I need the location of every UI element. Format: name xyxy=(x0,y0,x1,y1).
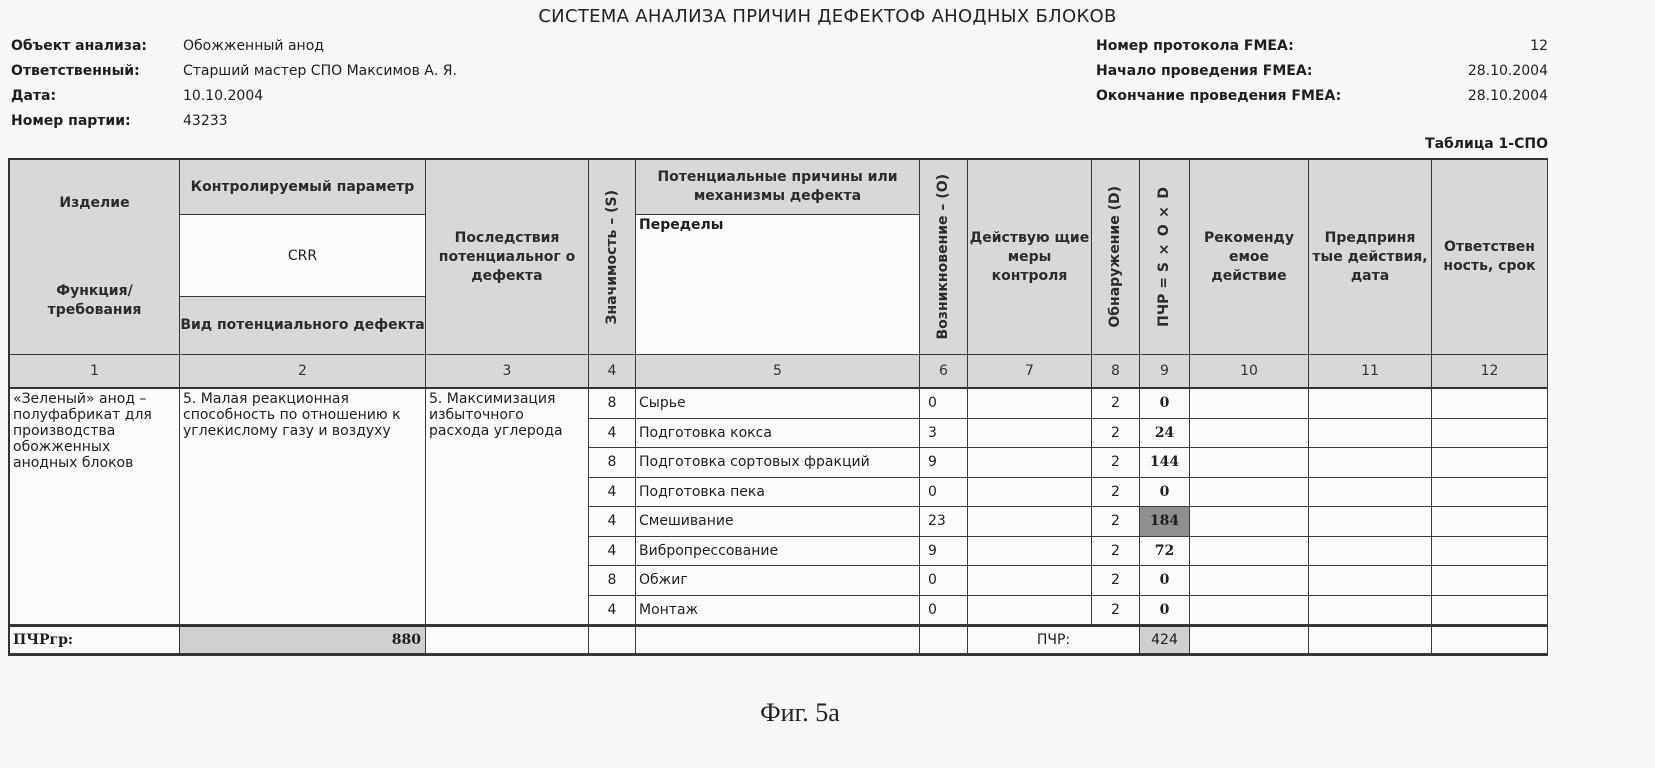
severity-value: 8 xyxy=(589,389,636,419)
detection-value: 2 xyxy=(1092,537,1140,567)
product-description: «Зеленый» анод – полуфабрикат для произв… xyxy=(10,389,180,625)
column-number-text: 6 xyxy=(939,363,948,379)
cause-stage-text: Сырье xyxy=(639,395,686,411)
meta-label: Ответственный: xyxy=(11,59,183,84)
meta-end: Окончание проведения FMEA:28.10.2004 xyxy=(1096,84,1548,109)
taken-action[interactable] xyxy=(1309,389,1432,419)
detection-value: 2 xyxy=(1092,596,1140,626)
control-measure xyxy=(968,448,1092,478)
rpn-total-value: 424 xyxy=(1140,625,1190,654)
occurrence-value-text: 0 xyxy=(928,572,937,588)
meta-label: Объект анализа: xyxy=(11,34,183,59)
recommended-action[interactable] xyxy=(1190,448,1309,478)
detection-value-text: 2 xyxy=(1111,454,1120,470)
recommended-action[interactable] xyxy=(1190,566,1309,596)
total-empty xyxy=(1432,625,1548,654)
group-rpn-value: 880 xyxy=(180,625,426,654)
rpn-total-label: ПЧР: xyxy=(968,625,1140,654)
cause-stage-text: Обжиг xyxy=(639,572,688,588)
fmea-table: ИзделиеФункция/ требованияКонтролируемый… xyxy=(8,158,1548,656)
occurrence-value: 0 xyxy=(920,389,968,419)
header-taken-text: Предприня тые действия, дата xyxy=(1309,229,1431,286)
rpn-value: 184 xyxy=(1140,507,1190,537)
responsibility[interactable] xyxy=(1432,448,1548,478)
severity-value-text: 4 xyxy=(608,543,617,559)
rpn-value: 24 xyxy=(1140,419,1190,449)
header-stages-text: Переделы xyxy=(639,217,723,233)
occurrence-value-text: 0 xyxy=(928,395,937,411)
recommended-action[interactable] xyxy=(1190,478,1309,508)
total-empty xyxy=(1309,625,1432,654)
rpn-value-text: 0 xyxy=(1160,572,1170,588)
meta-left: Объект анализа:Обожженный анод Ответстве… xyxy=(11,34,457,134)
cause-stage-text: Смешивание xyxy=(639,513,734,529)
header-causes-text: Потенциальные причины или механизмы дефе… xyxy=(636,168,919,206)
rpn-value-text: 0 xyxy=(1160,484,1170,500)
taken-action[interactable] xyxy=(1309,507,1432,537)
column-number: 7 xyxy=(968,355,1092,389)
occurrence-value: 9 xyxy=(920,448,968,478)
header-product: ИзделиеФункция/ требования xyxy=(10,160,180,355)
rpn-value-text: 24 xyxy=(1155,425,1174,441)
recommended-action[interactable] xyxy=(1190,419,1309,449)
column-number-text: 3 xyxy=(503,363,512,379)
detection-value-text: 2 xyxy=(1111,395,1120,411)
cause-stage-text: Вибропрессование xyxy=(639,543,778,559)
rpn-value: 0 xyxy=(1140,566,1190,596)
taken-action[interactable] xyxy=(1309,566,1432,596)
header-function-label: Функция/ требования xyxy=(10,282,179,320)
total-empty xyxy=(589,625,636,654)
total-empty xyxy=(1190,625,1309,654)
severity-value-text: 4 xyxy=(608,425,617,441)
occurrence-value: 0 xyxy=(920,596,968,626)
control-measure xyxy=(968,389,1092,419)
detection-value-text: 2 xyxy=(1111,484,1120,500)
cause-stage: Подготовка кокса xyxy=(636,419,920,449)
header-consequences-text: Последствия потенциальног о дефекта xyxy=(426,229,588,286)
detection-value-text: 2 xyxy=(1111,602,1120,618)
column-number: 2 xyxy=(180,355,426,389)
header-rpn-text: ПЧР = S × O × D xyxy=(1155,187,1174,327)
responsibility[interactable] xyxy=(1432,507,1548,537)
detection-value: 2 xyxy=(1092,566,1140,596)
cause-stage: Обжиг xyxy=(636,566,920,596)
header-param-value: CRR xyxy=(180,215,426,297)
header-responsibility-text: Ответствен ность, срок xyxy=(1432,238,1547,276)
control-measure xyxy=(968,537,1092,567)
column-number: 1 xyxy=(10,355,180,389)
occurrence-value: 23 xyxy=(920,507,968,537)
responsibility[interactable] xyxy=(1432,537,1548,567)
detection-value-text: 2 xyxy=(1111,425,1120,441)
column-number-text: 1 xyxy=(90,363,99,379)
rpn-total-label-text: ПЧР: xyxy=(1037,632,1070,648)
severity-value-text: 4 xyxy=(608,513,617,529)
meta-value: 43233 xyxy=(183,109,228,134)
meta-value: Обожженный анод xyxy=(183,34,324,59)
meta-label: Номер партии: xyxy=(11,109,183,134)
rpn-value: 144 xyxy=(1140,448,1190,478)
rpn-value-text: 0 xyxy=(1160,602,1170,618)
header-severity: Значимость – (S) xyxy=(589,160,636,355)
control-measure xyxy=(968,419,1092,449)
severity-value: 8 xyxy=(589,566,636,596)
header-controls-text: Действую щие меры контроля xyxy=(968,229,1091,286)
group-rpn-value-text: 880 xyxy=(392,632,421,648)
column-number: 5 xyxy=(636,355,920,389)
header-controlled-param-text: Контролируемый параметр xyxy=(191,178,415,197)
meta-value: 28.10.2004 xyxy=(1468,59,1548,84)
severity-value-text: 4 xyxy=(608,484,617,500)
header-taken: Предприня тые действия, дата xyxy=(1309,160,1432,355)
rpn-total-value-text: 424 xyxy=(1151,632,1178,648)
detection-value: 2 xyxy=(1092,419,1140,449)
control-measure xyxy=(968,507,1092,537)
cause-stage: Сырье xyxy=(636,389,920,419)
column-number-text: 8 xyxy=(1111,363,1120,379)
cause-stage: Монтаж xyxy=(636,596,920,626)
recommended-action[interactable] xyxy=(1190,389,1309,419)
occurrence-value: 9 xyxy=(920,537,968,567)
cause-stage-text: Подготовка кокса xyxy=(639,425,772,441)
total-empty xyxy=(636,625,920,654)
cause-stage: Смешивание xyxy=(636,507,920,537)
meta-start: Начало проведения FMEA:28.10.2004 xyxy=(1096,59,1548,84)
column-number: 3 xyxy=(426,355,589,389)
taken-action[interactable] xyxy=(1309,478,1432,508)
column-number-text: 4 xyxy=(608,363,617,379)
meta-responsible: Ответственный:Старший мастер СПО Максимо… xyxy=(11,59,457,84)
column-number-text: 2 xyxy=(298,363,307,379)
responsibility[interactable] xyxy=(1432,419,1548,449)
consequence-description-text: 5. Максимизация избыточного расхода угле… xyxy=(429,391,588,439)
cause-stage: Подготовка сортовых фракций xyxy=(636,448,920,478)
responsibility[interactable] xyxy=(1432,389,1548,419)
meta-label: Окончание проведения FMEA: xyxy=(1096,84,1341,109)
cause-stage: Вибропрессование xyxy=(636,537,920,567)
occurrence-value: 0 xyxy=(920,566,968,596)
column-number: 6 xyxy=(920,355,968,389)
header-recommended-text: Рекоменду емое действие xyxy=(1190,229,1308,286)
rpn-value-text: 0 xyxy=(1160,395,1170,411)
column-number-text: 11 xyxy=(1361,363,1379,379)
column-number: 9 xyxy=(1140,355,1190,389)
occurrence-value-text: 9 xyxy=(928,454,937,470)
meta-protocol: Номер протокола FMEA:12 xyxy=(1096,34,1548,59)
severity-value: 4 xyxy=(589,478,636,508)
total-empty xyxy=(426,625,589,654)
rpn-value-text: 72 xyxy=(1155,543,1174,559)
detection-value-text: 2 xyxy=(1111,513,1120,529)
severity-value-text: 8 xyxy=(608,454,617,470)
column-number-text: 5 xyxy=(773,363,782,379)
taken-action[interactable] xyxy=(1309,596,1432,626)
meta-label: Дата: xyxy=(11,84,183,109)
taken-action[interactable] xyxy=(1309,537,1432,567)
meta-date: Дата:10.10.2004 xyxy=(11,84,457,109)
severity-value-text: 8 xyxy=(608,572,617,588)
column-number-text: 12 xyxy=(1481,363,1499,379)
column-number-text: 9 xyxy=(1160,363,1169,379)
rpn-value: 72 xyxy=(1140,537,1190,567)
header-controlled-param: Контролируемый параметр xyxy=(180,160,426,215)
occurrence-value-text: 23 xyxy=(928,513,946,529)
occurrence-value: 0 xyxy=(920,478,968,508)
rpn-value: 0 xyxy=(1140,596,1190,626)
figure-caption: Фиг. 5а xyxy=(0,698,1600,728)
header-detection-text: Обнаружение (D) xyxy=(1106,186,1125,328)
detection-value: 2 xyxy=(1092,507,1140,537)
header-defect-type: Вид потенциального дефекта xyxy=(180,297,426,355)
recommended-action[interactable] xyxy=(1190,507,1309,537)
header-responsibility: Ответствен ность, срок xyxy=(1432,160,1548,355)
header-recommended: Рекоменду емое действие xyxy=(1190,160,1309,355)
header-occurrence-text: Возникновение – (O) xyxy=(934,174,953,339)
product-description-text: «Зеленый» анод – полуфабрикат для произв… xyxy=(13,391,179,471)
occurrence-value-text: 3 xyxy=(928,425,937,441)
control-measure xyxy=(968,566,1092,596)
taken-action[interactable] xyxy=(1309,448,1432,478)
column-number-text: 7 xyxy=(1025,363,1034,379)
cause-stage-text: Подготовка пека xyxy=(639,484,765,500)
cause-stage: Подготовка пека xyxy=(636,478,920,508)
meta-label: Начало проведения FMEA: xyxy=(1096,59,1313,84)
control-measure xyxy=(968,478,1092,508)
defect-description-text: 5. Малая реакционная способность по отно… xyxy=(183,391,425,439)
cause-stage-text: Монтаж xyxy=(639,602,698,618)
column-number: 12 xyxy=(1432,355,1548,389)
meta-value: 12 xyxy=(1530,34,1548,59)
meta-batch: Номер партии:43233 xyxy=(11,109,457,134)
header-occurrence: Возникновение – (O) xyxy=(920,160,968,355)
responsibility[interactable] xyxy=(1432,596,1548,626)
header-causes: Потенциальные причины или механизмы дефе… xyxy=(636,160,920,215)
header-stages: Переделы xyxy=(636,215,920,355)
table-caption: Таблица 1-СПО xyxy=(1425,136,1548,152)
column-number: 8 xyxy=(1092,355,1140,389)
rpn-value: 0 xyxy=(1140,389,1190,419)
header-severity-text: Значимость – (S) xyxy=(603,190,622,324)
group-rpn-label-text: ПЧРгр: xyxy=(13,632,73,648)
cause-stage-text: Подготовка сортовых фракций xyxy=(639,454,870,470)
responsibility[interactable] xyxy=(1432,478,1548,508)
header-controls: Действую щие меры контроля xyxy=(968,160,1092,355)
rpn-value-text: 184 xyxy=(1150,513,1179,529)
meta-value: 28.10.2004 xyxy=(1468,84,1548,109)
rpn-value-text: 144 xyxy=(1150,454,1179,470)
occurrence-value-text: 0 xyxy=(928,602,937,618)
header-product-label: Изделие xyxy=(59,194,129,213)
detection-value-text: 2 xyxy=(1111,543,1120,559)
column-number-text: 10 xyxy=(1240,363,1258,379)
defect-description: 5. Малая реакционная способность по отно… xyxy=(180,389,426,625)
severity-value-text: 8 xyxy=(608,395,617,411)
header-detection: Обнаружение (D) xyxy=(1092,160,1140,355)
header-defect-type-text: Вид потенциального дефекта xyxy=(180,316,424,335)
recommended-action[interactable] xyxy=(1190,596,1309,626)
severity-value: 4 xyxy=(589,419,636,449)
meta-label: Номер протокола FMEA: xyxy=(1096,34,1294,59)
column-number: 11 xyxy=(1309,355,1432,389)
rpn-value: 0 xyxy=(1140,478,1190,508)
severity-value-text: 4 xyxy=(608,602,617,618)
severity-value: 4 xyxy=(589,507,636,537)
taken-action[interactable] xyxy=(1309,419,1432,449)
meta-value: Старший мастер СПО Максимов А. Я. xyxy=(183,59,457,84)
control-measure xyxy=(968,596,1092,626)
meta-value: 10.10.2004 xyxy=(183,84,263,109)
group-rpn-label: ПЧРгр: xyxy=(10,625,180,654)
responsibility[interactable] xyxy=(1432,566,1548,596)
header-consequences: Последствия потенциальног о дефекта xyxy=(426,160,589,355)
occurrence-value-text: 0 xyxy=(928,484,937,500)
detection-value-text: 2 xyxy=(1111,572,1120,588)
detection-value: 2 xyxy=(1092,389,1140,419)
meta-right: Номер протокола FMEA:12 Начало проведени… xyxy=(1096,34,1548,109)
severity-value: 4 xyxy=(589,596,636,626)
detection-value: 2 xyxy=(1092,478,1140,508)
header-rpn: ПЧР = S × O × D xyxy=(1140,160,1190,355)
page-title: СИСТЕМА АНАЛИЗА ПРИЧИН ДЕФЕКТОФ АНОДНЫХ … xyxy=(0,6,1655,27)
recommended-action[interactable] xyxy=(1190,537,1309,567)
header-param-value-text: CRR xyxy=(288,248,317,264)
meta-object: Объект анализа:Обожженный анод xyxy=(11,34,457,59)
total-empty xyxy=(920,625,968,654)
detection-value: 2 xyxy=(1092,448,1140,478)
occurrence-value-text: 9 xyxy=(928,543,937,559)
consequence-description: 5. Максимизация избыточного расхода угле… xyxy=(426,389,589,625)
column-number: 4 xyxy=(589,355,636,389)
severity-value: 8 xyxy=(589,448,636,478)
column-number: 10 xyxy=(1190,355,1309,389)
occurrence-value: 3 xyxy=(920,419,968,449)
severity-value: 4 xyxy=(589,537,636,567)
